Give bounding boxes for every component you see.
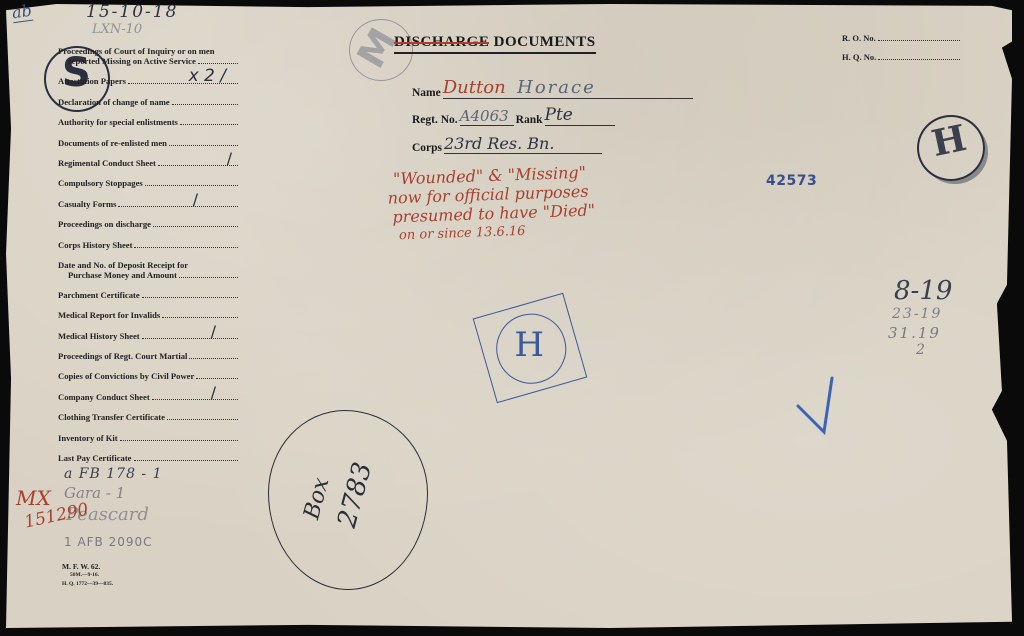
checklist-label: Attestation Papers xyxy=(58,76,126,86)
checklist-label: reported Missing on Active Service xyxy=(68,56,196,66)
ro-number-field: R. O. No. xyxy=(842,33,960,43)
checklist-label: Company Conduct Sheet xyxy=(58,392,150,402)
checklist-item: Attestation Papersx 2 / xyxy=(58,66,238,86)
checklist-label: Authority for special enlistments xyxy=(58,117,178,127)
form-code-line: 50M.—9-16. xyxy=(62,571,113,580)
checklist-label: Casualty Forms xyxy=(58,199,116,209)
corps-value: 23rd Res. Bn. xyxy=(444,134,602,154)
hq-number-field: H. Q. No. xyxy=(842,52,960,62)
corps-label: Corps xyxy=(412,142,442,154)
checklist-item: Declaration of change of name xyxy=(58,86,238,106)
name-field: Name Dutton Horace xyxy=(412,77,693,99)
checklist-mark: x 2 / xyxy=(189,66,226,86)
checklist-mark: / xyxy=(211,322,216,341)
checklist-item: Proceedings of Regt. Court Martial xyxy=(58,341,238,361)
checklist-mark: / xyxy=(193,190,198,209)
checklist-label: Medical Report for Invalids xyxy=(58,310,160,320)
document-checklist: Proceedings of Court of Inquiry or on me… xyxy=(58,36,238,463)
checklist-mark: / xyxy=(227,149,232,168)
checklist-item: Proceedings of Court of Inquiry or on me… xyxy=(58,36,238,66)
regt-field: Regt. No. A4063 Rank Pte xyxy=(412,105,615,126)
form-code-line: M. F. W. 62. xyxy=(62,562,113,571)
checklist-item: Medical Report for Invalids xyxy=(58,300,238,320)
note-gara: Gara - 1 xyxy=(64,484,125,502)
pencil-note-8-19: 8-19 xyxy=(894,276,952,306)
checklist-item: Regimental Conduct Sheet/ xyxy=(58,148,238,168)
form-code-line: H. Q. 1772—39—835. xyxy=(62,580,113,589)
pencil-note-23-19: 23-19 xyxy=(892,306,942,322)
checklist-mark: / xyxy=(211,383,216,402)
checklist-label: Documents of re-enlisted men xyxy=(58,138,167,148)
note-afb-178: a FB 178 - 1 xyxy=(64,466,163,482)
ro-label: R. O. No. xyxy=(842,33,876,43)
checklist-item: Parchment Certificate xyxy=(58,280,238,300)
page-title: DISCHARGE DOCUMENTS xyxy=(394,34,596,54)
file-number-stamp: 42573 xyxy=(766,173,817,189)
name-label: Name xyxy=(412,87,441,99)
pencil-note: LXN-10 xyxy=(92,22,142,37)
hq-label: H. Q. No. xyxy=(842,52,876,62)
regt-value: A4063 xyxy=(460,107,514,126)
given-name-value: Horace xyxy=(517,77,596,98)
red-note-mx: MX xyxy=(16,486,51,510)
checklist-label: Clothing Transfer Certificate xyxy=(58,412,165,422)
h-stamp-center-letter: H xyxy=(483,325,575,365)
initials-note: ab xyxy=(11,1,33,24)
note-afb-2090: 1 AFB 2090C xyxy=(64,535,153,549)
checklist-label: Compulsory Stoppages xyxy=(58,178,143,188)
checklist-label: Declaration of change of name xyxy=(58,97,170,107)
surname-value: Dutton xyxy=(443,77,506,98)
checklist-label: Corps History Sheet xyxy=(58,240,132,250)
checklist-item: Copies of Convictions by Civil Power xyxy=(58,361,238,381)
checklist-item: Last Pay Certificate xyxy=(58,443,238,463)
title-struck-word: DISCHARGE xyxy=(394,34,489,50)
checklist-item: Clothing Transfer Certificate xyxy=(58,402,238,422)
rank-label: Rank xyxy=(516,114,543,126)
form-code: M. F. W. 62. 50M.—9-16. H. Q. 1772—39—83… xyxy=(62,562,113,589)
checkmark-icon xyxy=(796,372,836,438)
checklist-item: Proceedings on discharge xyxy=(58,209,238,229)
checklist-label: Last Pay Certificate xyxy=(58,453,132,463)
checklist-item: Authority for special enlistments xyxy=(58,107,238,127)
checklist-item: Documents of re-enlisted men xyxy=(58,127,238,147)
checklist-label: Purchase Money and Amount xyxy=(68,270,177,280)
checklist-label: Date and No. of Deposit Receipt for xyxy=(58,260,238,270)
title-word: DOCUMENTS xyxy=(494,34,596,50)
pencil-note-2: 2 xyxy=(916,342,925,358)
checklist-label: Copies of Convictions by Civil Power xyxy=(58,371,194,381)
regt-label: Regt. No. xyxy=(412,114,458,126)
checklist-label: Regimental Conduct Sheet xyxy=(58,158,156,168)
checklist-item: Company Conduct Sheet/ xyxy=(58,381,238,401)
checklist-item: Casualty Forms/ xyxy=(58,188,238,208)
corps-field: Corps 23rd Res. Bn. xyxy=(412,134,602,154)
casualty-annotation: "Wounded" & "Missing" now for official p… xyxy=(387,162,596,245)
checklist-item: Corps History Sheet xyxy=(58,229,238,249)
rank-value: Pte xyxy=(545,105,615,126)
checklist-item: Inventory of Kit xyxy=(58,422,238,442)
checklist-item: Date and No. of Deposit Receipt for Purc… xyxy=(58,250,238,280)
pencil-note-31-19: 31.19 xyxy=(888,324,941,342)
checklist-label: Proceedings of Court of Inquiry or on me… xyxy=(58,46,238,56)
checklist-label: Proceedings of Regt. Court Martial xyxy=(58,351,187,361)
checklist-item: Compulsory Stoppages xyxy=(58,168,238,188)
checklist-label: Proceedings on discharge xyxy=(58,219,151,229)
checklist-label: Parchment Certificate xyxy=(58,290,140,300)
checklist-label: Medical History Sheet xyxy=(58,331,140,341)
date-note: 15-10-18 xyxy=(86,2,178,22)
checklist-label: Inventory of Kit xyxy=(58,433,118,443)
checklist-item: Medical History Sheet/ xyxy=(58,320,238,340)
